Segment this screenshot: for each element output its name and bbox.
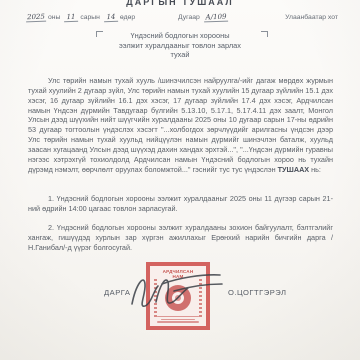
- subject-line-2: ээлжит хуралдааныг товлон зарлах: [0, 41, 360, 51]
- number-label: Дугаар: [178, 14, 200, 21]
- order-item-1: 1. Үндэсний бодлогын хорооны ээлжит хура…: [28, 194, 333, 214]
- subject-line-1: Үндэсний бодлогын хорооны: [0, 31, 360, 41]
- city-label: Улаанбаатар хот: [285, 14, 338, 21]
- order-item-2: 2. Үндэсний бодлогын хорооны ээлжит хура…: [28, 223, 333, 253]
- stamp-side-text-right: [199, 279, 202, 317]
- stamp-org-text: АРДЧИЛСАН НАМ: [151, 269, 205, 279]
- year-label: оны: [48, 14, 60, 21]
- handwritten-number: А/109: [204, 14, 228, 23]
- handwritten-month: 11: [64, 14, 78, 22]
- subject-heading: Үндэсний бодлогын хорооны ээлжит хуралда…: [0, 31, 360, 60]
- preamble-text: Улс төрийн намын тухай хууль /шинэчилсэн…: [28, 76, 333, 174]
- document-title: ДАРГЫН ТУШААЛ: [0, 0, 360, 7]
- month-label: сарын: [80, 14, 100, 21]
- stamp-inner: АРДЧИЛСАН НАМ: [151, 267, 205, 325]
- stamp-bottom-text-lines: [157, 314, 199, 323]
- stamp-side-text-left: [154, 279, 157, 317]
- stamp-emblem-ring: [165, 285, 191, 311]
- document-number: Дугаар А/109: [178, 14, 230, 22]
- date-line: 2025оны 11сарын 14өдөр: [24, 14, 135, 22]
- preamble-paragraph: Улс төрийн намын тухай хууль /шинэчилсэн…: [28, 76, 333, 174]
- decree-word: ТУШААХ: [278, 165, 310, 174]
- signer-position-label: ДАРГА: [104, 288, 130, 297]
- handwritten-day: 14: [104, 14, 118, 22]
- subject-line-3: тухай: [0, 50, 360, 60]
- day-label: өдөр: [120, 14, 135, 21]
- stamp-org-line-2: НАМ: [151, 274, 205, 279]
- date-number-city-row: 2025оны 11сарын 14өдөр Дугаар А/109 Улаа…: [0, 12, 360, 26]
- handwritten-year: 2025: [26, 14, 46, 23]
- decree-document-page: ДАРГЫН ТУШААЛ 2025оны 11сарын 14өдөр Дуг…: [0, 0, 360, 360]
- signer-name: О.ЦОГТГЭРЭЛ: [228, 288, 286, 297]
- preamble-tail: нь:: [309, 165, 321, 174]
- party-stamp: АРДЧИЛСАН НАМ: [146, 262, 210, 330]
